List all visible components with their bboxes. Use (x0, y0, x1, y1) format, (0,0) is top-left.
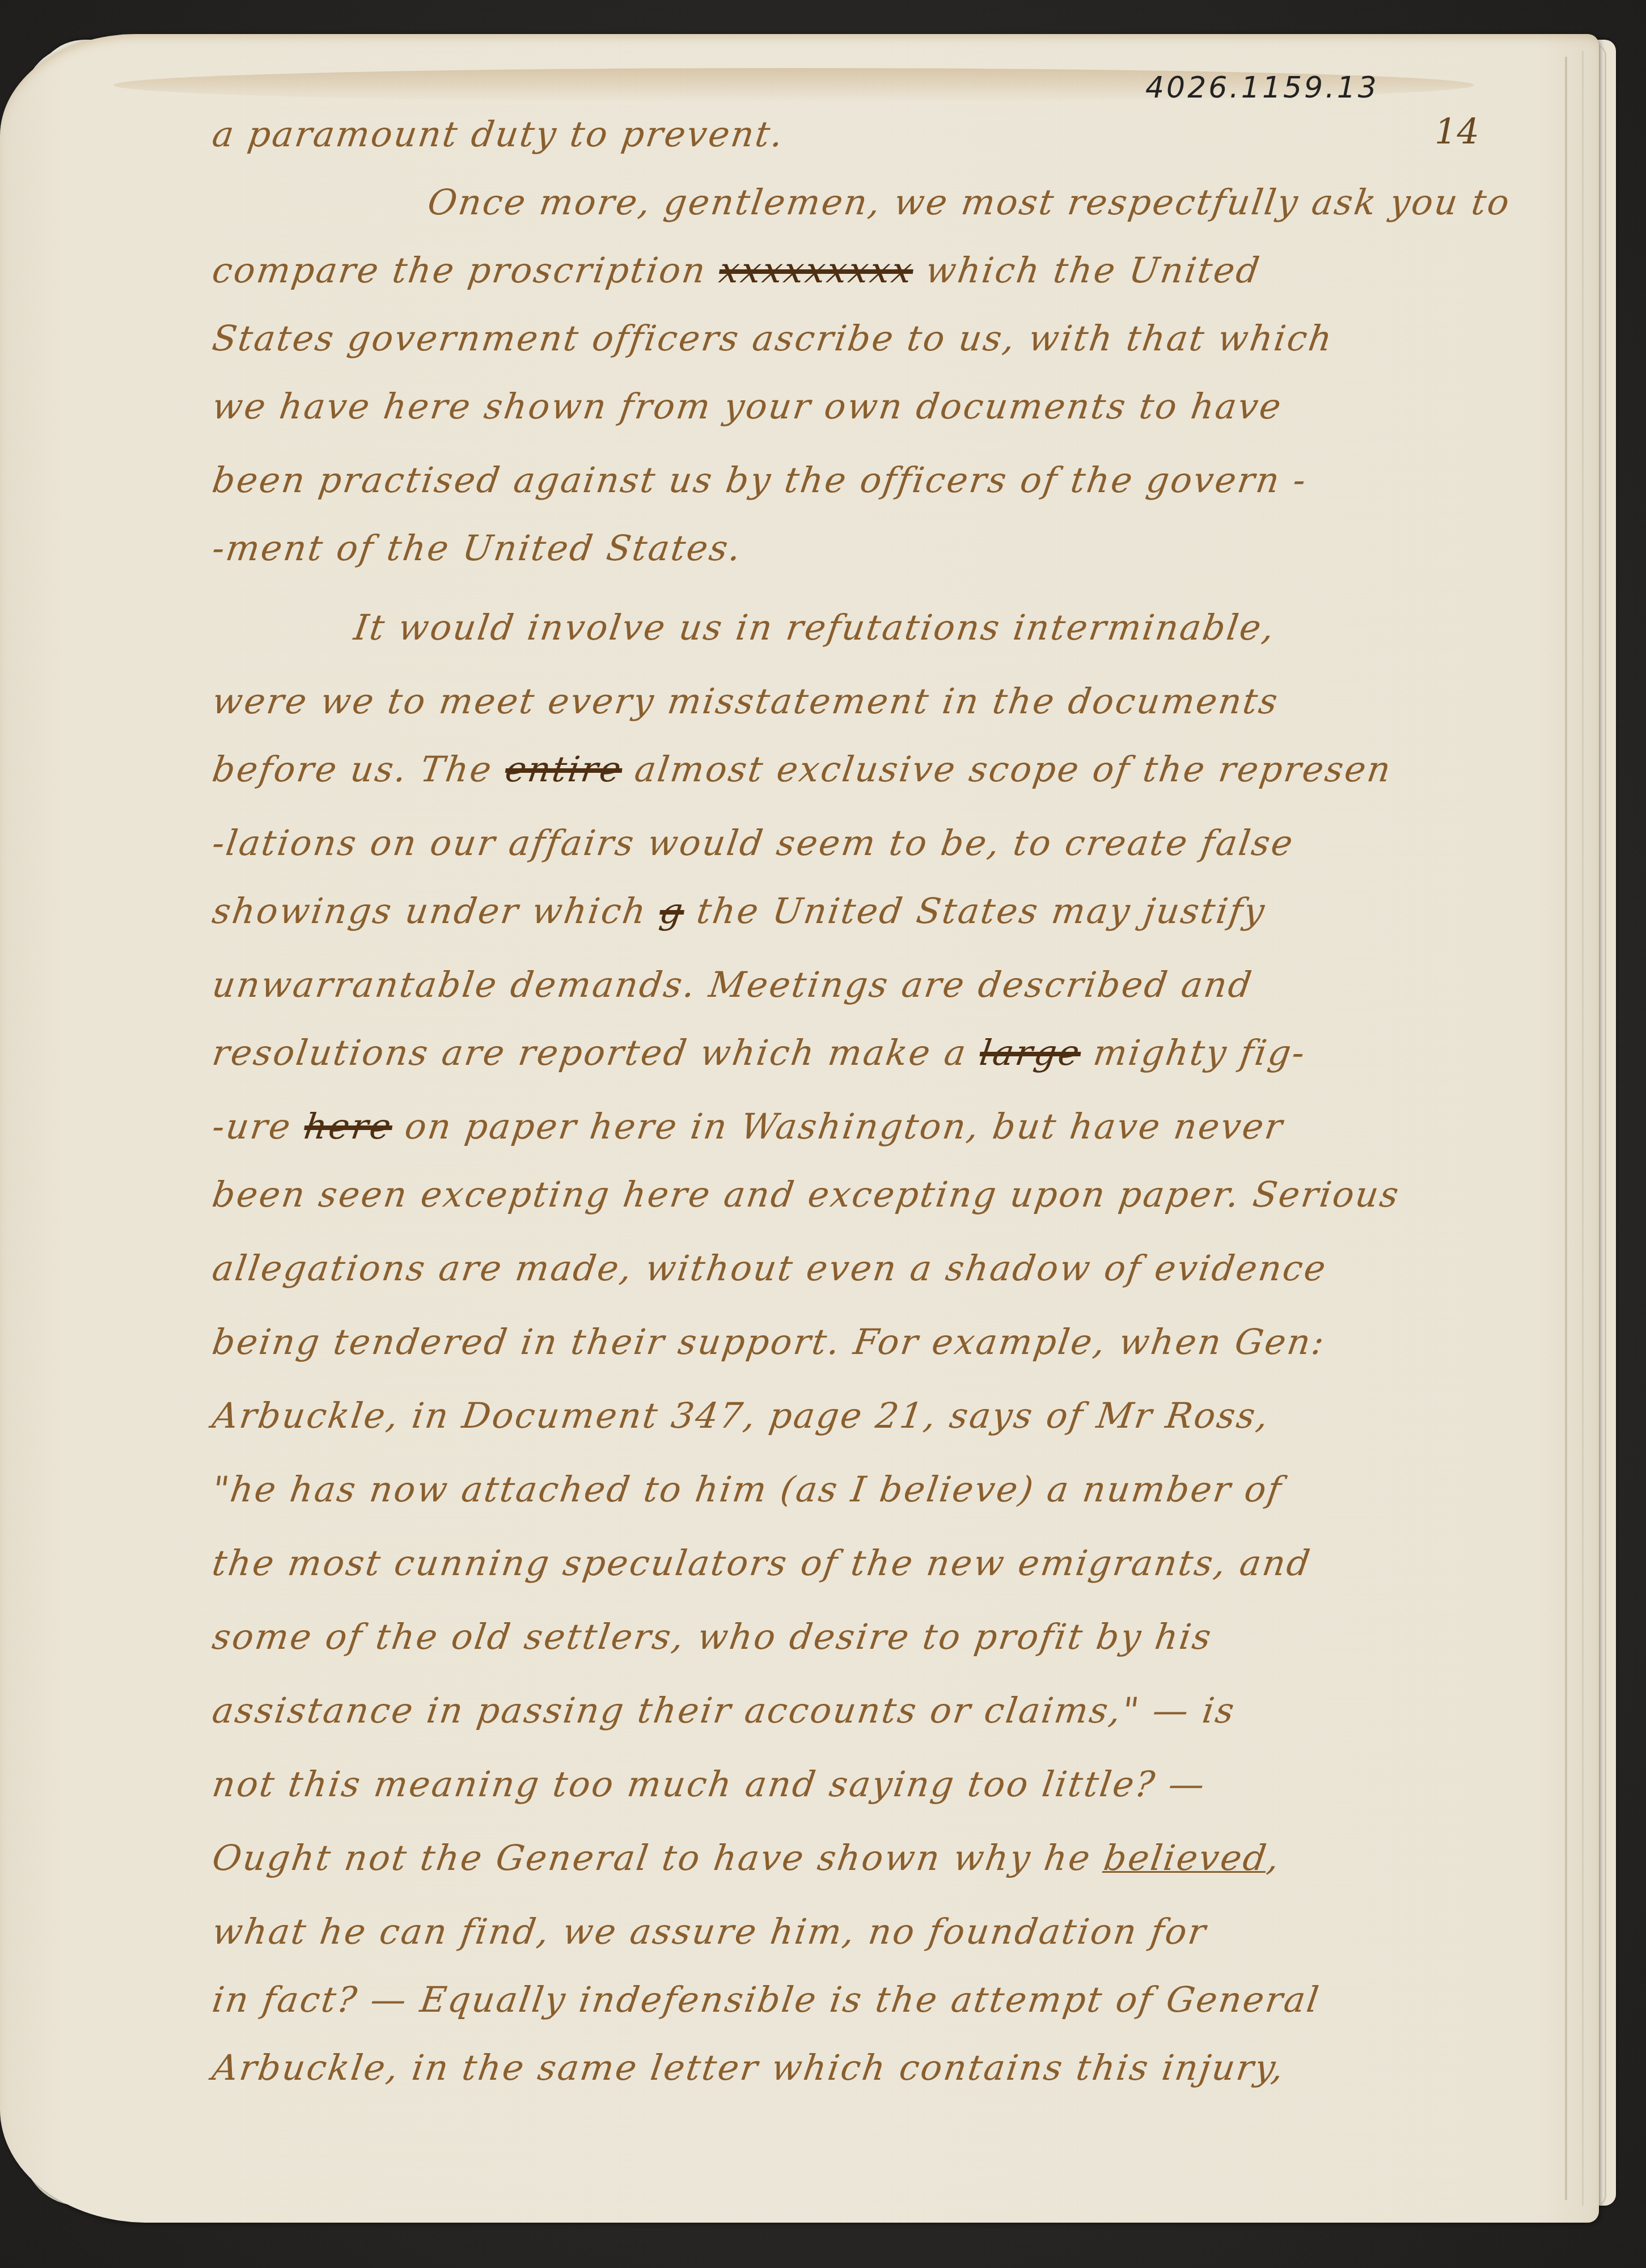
manuscript-line: Once more, gentlemen, we most respectful… (425, 181, 1513, 223)
manuscript-line: were we to meet every misstatement in th… (210, 680, 1281, 722)
manuscript-line: resolutions are reported which make a la… (210, 1032, 1309, 1073)
line-text: compare the proscription (210, 249, 722, 291)
struck-word: here (302, 1106, 395, 1147)
manuscript-line: "he has now attached to him (as I believ… (210, 1469, 1285, 1510)
manuscript-line: the most cunning speculators of the new … (210, 1542, 1314, 1584)
line-text: the United States may justify (682, 890, 1269, 932)
manuscript-line: compare the proscription xxxxxxxxx which… (210, 249, 1263, 291)
manuscript-line: It would involve us in refutations inter… (352, 607, 1278, 648)
manuscript-line: some of the old settlers, who desire to … (210, 1616, 1215, 1657)
catalog-number: 4026.1159.13 (1145, 71, 1379, 105)
line-text: showings under which (210, 890, 663, 932)
line-text: resolutions are reported which make a (210, 1032, 983, 1073)
manuscript-line: a paramount duty to prevent. (210, 113, 787, 155)
manuscript-line: allegations are made, without even a sha… (210, 1247, 1330, 1289)
manuscript-line: showings under which g the United States… (210, 890, 1269, 932)
manuscript-line: been seen excepting here and excepting u… (210, 1174, 1403, 1215)
manuscript-line: being tendered in their support. For exa… (210, 1321, 1328, 1363)
struck-word: large (977, 1032, 1084, 1073)
manuscript-line: -ure here on paper here in Washington, b… (210, 1106, 1287, 1147)
line-text: before us. The (210, 748, 509, 790)
line-text: -ure (210, 1106, 307, 1147)
page-number: 14 (1435, 111, 1479, 152)
line-text: Ought not the General to have shown why … (210, 1837, 1107, 1878)
line-text: which the United (911, 249, 1264, 291)
manuscript-line: in fact? — Equally indefensible is the a… (210, 1979, 1323, 2020)
manuscript-line: Arbuckle, in Document 347, page 21, says… (210, 1395, 1272, 1436)
manuscript-line: we have here shown from your own documen… (210, 386, 1285, 427)
line-text: on paper here in Washington, but have ne… (390, 1106, 1287, 1147)
manuscript-line: -ment of the United States. (210, 527, 745, 569)
manuscript-line: before us. The entire almost exclusive s… (210, 748, 1395, 790)
manuscript-line: been practised against us by the officer… (210, 459, 1310, 501)
manuscript-line: Ought not the General to have shown why … (210, 1837, 1283, 1878)
line-text: mighty fig- (1078, 1032, 1309, 1073)
manuscript-line: States government officers ascribe to us… (210, 318, 1336, 359)
line-text: almost exclusive scope of the represen (619, 748, 1395, 790)
manuscript-line: what he can find, we assure him, no foun… (210, 1911, 1210, 1952)
struck-word: entire (503, 748, 625, 790)
manuscript-line: Arbuckle, in the same letter which conta… (210, 2047, 1288, 2088)
underlined-word: believed (1101, 1837, 1270, 1878)
manuscript-line: unwarrantable demands. Meetings are desc… (210, 964, 1256, 1005)
manuscript-line: not this meaning too much and saying too… (210, 1763, 1209, 1805)
manuscript-line: -lations on our affairs would seem to be… (210, 822, 1297, 864)
manuscript-line: assistance in passing their accounts or … (210, 1690, 1238, 1731)
struck-word: xxxxxxxxx (717, 249, 916, 291)
